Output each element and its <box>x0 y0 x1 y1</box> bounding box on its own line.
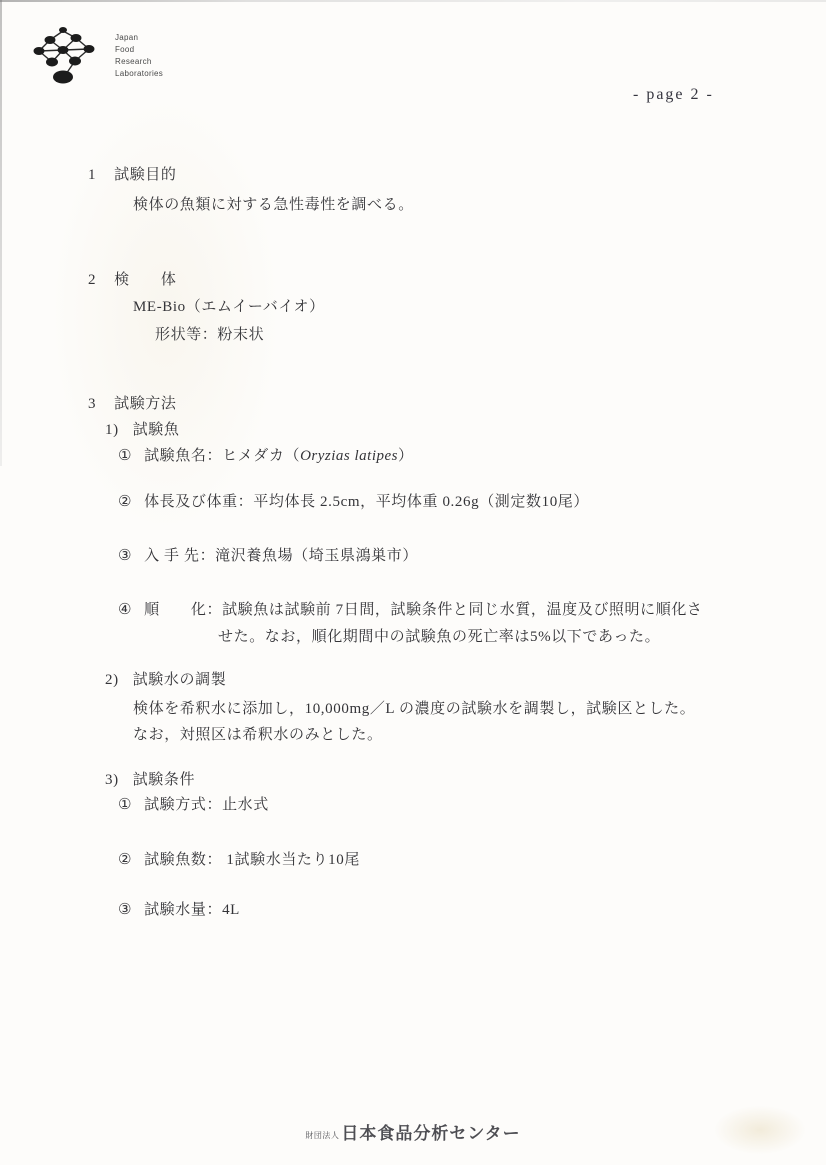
scan-edge-artifact-top <box>0 0 826 2</box>
section-1-heading: 1試験目的 <box>88 163 177 184</box>
subsection-3-heading: 3)試験条件 <box>105 768 195 789</box>
subsection-number: 2) <box>105 672 119 689</box>
circled-number: ③ <box>118 546 132 564</box>
list-item: ①試験方式：止水式 <box>118 793 269 814</box>
subsection-number: 3) <box>105 772 119 789</box>
footer-organization: 財団法人 日本食品分析センター <box>305 1119 520 1144</box>
subsection-1-heading: 1)試験魚 <box>105 418 180 439</box>
section-number: 3 <box>88 396 96 413</box>
item-label: 順 化： <box>144 602 222 618</box>
subsection-title: 試験魚 <box>133 422 180 438</box>
item-text: 入 手 先：滝沢養魚場（埼玉県鴻巣市） <box>144 548 418 564</box>
item-text: 試験魚数： 1試験水当たり10尾 <box>144 852 360 868</box>
circled-number: ③ <box>118 900 132 918</box>
section-3-heading: 3試験方法 <box>88 392 177 413</box>
scientific-name: Oryzias latipes <box>300 448 398 464</box>
scanned-report-page: Japan Food Research Laboratories - page … <box>0 0 826 1165</box>
subsection-2-heading: 2)試験水の調製 <box>105 668 226 689</box>
item-text: 体長及び体重：平均体長 2.5cm，平均体重 0.26g（測定数10尾） <box>144 494 589 510</box>
sample-form: 形状等：粉末状 <box>155 323 264 344</box>
molecule-logo-icon <box>33 24 105 86</box>
circled-number: ① <box>118 446 132 464</box>
item-text: 試験魚は試験前 7日間，試験条件と同じ水質，温度及び照明に順化さ <box>222 602 702 618</box>
circled-number: ④ <box>118 600 132 618</box>
section-title: 試験方法 <box>114 396 176 412</box>
list-item: ②試験魚数： 1試験水当たり10尾 <box>118 848 360 869</box>
item-text: 試験水量：4L <box>144 902 240 918</box>
item-text: 試験魚名：ヒメダカ（ <box>144 448 300 464</box>
list-item: ①試験魚名：ヒメダカ（Oryzias latipes） <box>118 444 414 465</box>
subsection-title: 試験条件 <box>133 772 195 788</box>
list-item: ②体長及び体重：平均体長 2.5cm，平均体重 0.26g（測定数10尾） <box>118 490 589 511</box>
logo-wordmark: Japan Food Research Laboratories <box>115 24 163 86</box>
list-item-continuation: せた。なお，順化期間中の試験魚の死亡率は5%以下であった。 <box>218 625 660 646</box>
section-2-heading: 2検 体 <box>88 268 177 289</box>
list-item: ④順 化：試験魚は試験前 7日間，試験条件と同じ水質，温度及び照明に順化さ <box>118 598 703 619</box>
jfrl-logo: Japan Food Research Laboratories <box>33 24 163 86</box>
logo-line: Research <box>115 56 163 68</box>
logo-line: Food <box>115 44 163 56</box>
logo-line: Laboratories <box>115 68 163 80</box>
item-text: 試験方式：止水式 <box>144 797 269 813</box>
circled-number: ① <box>118 795 132 813</box>
scan-edge-artifact-left <box>0 0 2 466</box>
item-text: ） <box>398 448 414 464</box>
logo-line: Japan <box>115 32 163 44</box>
section-number: 2 <box>88 272 96 289</box>
org-type-prefix: 財団法人 <box>305 1130 339 1144</box>
sample-name: ME-Bio（エムイーバイオ） <box>133 295 325 316</box>
list-item: ③入 手 先：滝沢養魚場（埼玉県鴻巣市） <box>118 544 418 565</box>
page-number: - page 2 - <box>633 86 714 104</box>
section-title: 検 体 <box>114 272 176 288</box>
list-item: ③試験水量：4L <box>118 898 240 919</box>
section-1-body: 検体の魚類に対する急性毒性を調べる。 <box>133 193 414 214</box>
org-name: 日本食品分析センター <box>341 1119 520 1144</box>
circled-number: ② <box>118 492 132 510</box>
subsection-title: 試験水の調製 <box>133 672 227 688</box>
section-title: 試験目的 <box>114 167 176 183</box>
section-number: 1 <box>88 167 96 184</box>
subsection-number: 1) <box>105 422 119 439</box>
circled-number: ② <box>118 850 132 868</box>
subsection-2-body-line: なお，対照区は希釈水のみとした。 <box>133 723 383 744</box>
subsection-2-body-line: 検体を希釈水に添加し，10,000mg／L の濃度の試験水を調製し，試験区とした… <box>133 697 695 718</box>
